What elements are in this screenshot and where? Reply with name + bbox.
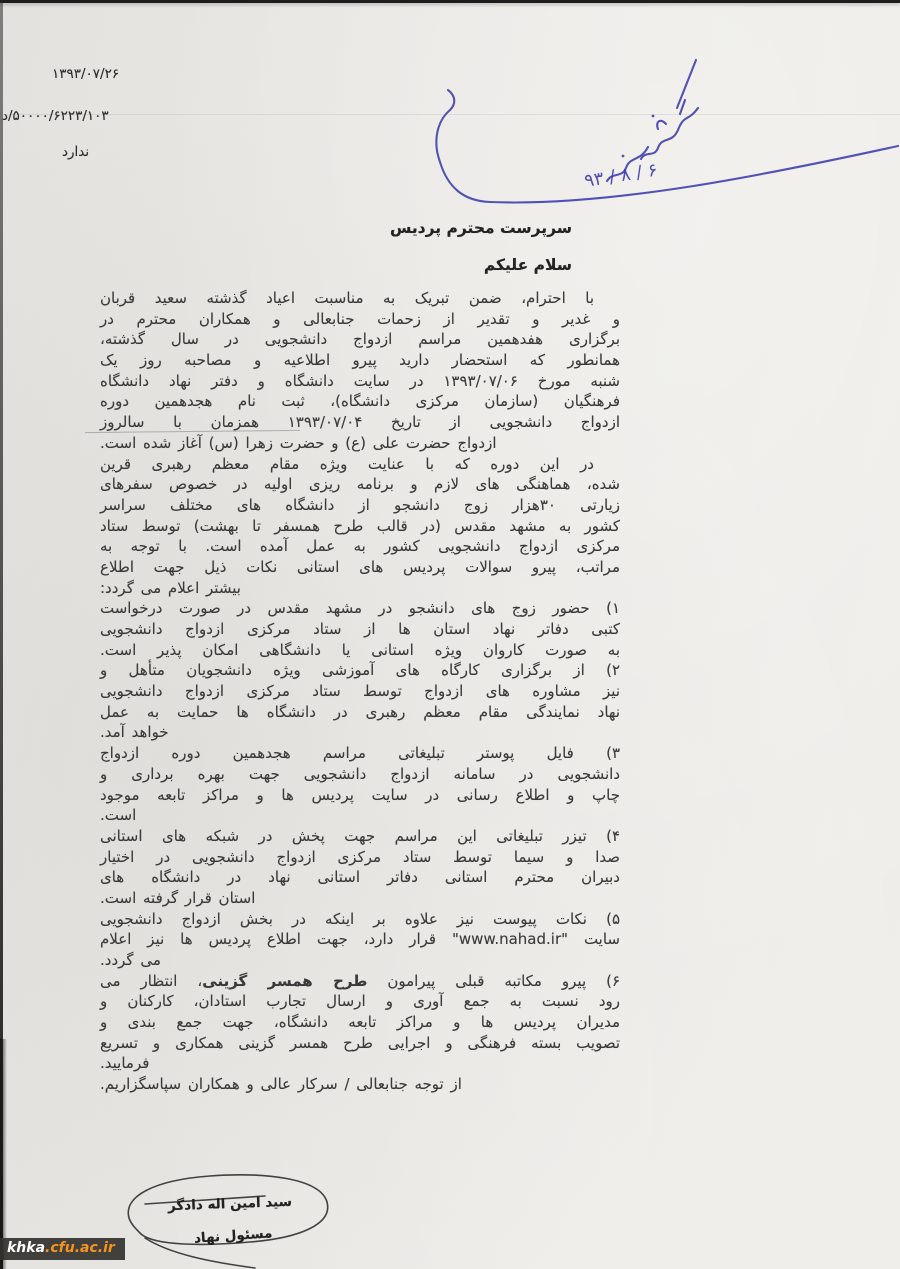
letter-line: ازدواج حضرت علی (ع) و حضرت زهرا (س) آغاز… (100, 433, 620, 454)
letter-attachment: ندارد (62, 144, 89, 160)
letter-line: می گردد. (100, 950, 620, 971)
letter-line: فرهنگیان (سازمان مرکزی دانشگاه)، ثبت نام… (100, 391, 620, 412)
letter-greeting: سلام علیکم (484, 256, 572, 274)
pen-swoosh (436, 90, 898, 203)
letter-line-item-6: ۶) پیرو مکاتبه قبلی پیرامون طرح همسر گزی… (100, 971, 620, 992)
pen-dot (622, 155, 625, 158)
letter-line: همانطور که استحضار دارید پیرو اطلاعیه و … (100, 350, 620, 371)
letter-line: ازدواج دانشجویی از تاریخ ۱۳۹۳/۰۷/۰۴ همزم… (100, 412, 620, 433)
letter-line: کتبی دفاتر نهاد استان ها از ستاد مرکزی ا… (100, 619, 620, 640)
letter-date: ۱۳۹۳/۰۷/۲۶ (52, 66, 119, 82)
pen-dot (652, 115, 655, 118)
pen-scribble (657, 121, 666, 129)
letter-ref-number: د/۵۰۰۰۰/۶۲۲۳/۱۰۳ (2, 108, 109, 124)
letter-line-item-5: ۵) نکات پیوست نیز علاوه بر اینکه در بخش … (100, 909, 620, 930)
letter-body: با احترام، ضمن تبریک به مناسبت اعیاد گذش… (100, 288, 620, 1095)
letter-line: تصویب بسته فرهنگی و اجرایی طرح همسر گزین… (100, 1033, 620, 1054)
letter-line: برگزاری هفدهمین مراسم ازدواج دانشجویی در… (100, 329, 620, 350)
letter-line: و غدیر و تقدیر از زحمات جنابعالی و همکار… (100, 309, 620, 330)
letter-line: دبیران محترم استانی دفاتر استانی نهاد در… (100, 867, 620, 888)
letter-line: نهاد نمایندگی مقام معظم رهبری در دانشگاه… (100, 702, 620, 723)
letter-line: صدا و سیما توسط ستاد مرکزی ازدواج دانشجو… (100, 847, 620, 868)
letter-line: شنبه مورخ ۱۳۹۳/۰۷/۰۶ در سایت دانشگاه و د… (100, 371, 620, 392)
line-segment-bold: طرح همسر گزینی (202, 972, 367, 990)
letter-line: مرکزی ازدواج دانشجویی کشور به عمل آمده ا… (100, 536, 620, 557)
letter-line: چاپ و اطلاع رسانی در سایت پردیس ها و مرا… (100, 785, 620, 806)
letter-line: بیشتر اعلام می گردد: (100, 578, 620, 599)
line-segment: ، انتظار می (100, 972, 202, 990)
letter-line-item-1: ۱) حضور زوج های دانشجو در مشهد مقدس در ص… (100, 598, 620, 619)
scan-edge-top (0, 0, 900, 3)
letter-line: در این دوره که با عنایت ویژه مقام معظم ر… (100, 454, 620, 475)
line-segment: ۶) پیرو مکاتبه قبلی پیرامون (367, 972, 620, 990)
letter-line: دانشجویی در سامانه ازدواج دانشجویی جهت ب… (100, 764, 620, 785)
letter-line: به صورت کاروان ویژه استانی یا دانشگاهی ا… (100, 640, 620, 661)
letter-line: فرمایید. (100, 1053, 620, 1074)
letter-closing-line: از توجه جنابعالی / سرکار عالی و همکاران … (100, 1074, 620, 1095)
letter-line: مراتب، پیرو سوالات پردیس های استانی نکات… (100, 557, 620, 578)
handwritten-annotation (400, 50, 900, 225)
signature-scribble (115, 1168, 365, 1269)
letter-line: مدیران پردیس ها و مراکز تابعه دانشگاه، ج… (100, 1012, 620, 1033)
watermark-prefix: khka (7, 1240, 45, 1256)
watermark-suffix: .cfu.ac.ir (45, 1240, 115, 1256)
letter-line: کشور به مشهد مقدس (در قالب طرح همسفر تا … (100, 516, 620, 537)
letter-line-item-4: ۴) تیزر تبلیغاتی این مراسم جهت پخش در شب… (100, 826, 620, 847)
letter-line: زیارتی ۳۰هزار زوج دانشجو از دانشگاه های … (100, 495, 620, 516)
pen-scribble (641, 108, 698, 159)
letter-line: استان قرار گرفته است. (100, 888, 620, 909)
letter-line-website: سایت "www.nahad.ir" قرار دارد، جهت اطلاع… (100, 929, 620, 950)
letter-line-item-3: ۳) فایل پوستر تبلیغاتی مراسم هجدهمین دور… (100, 743, 620, 764)
letter-line: شده، هماهنگی های لازم و برنامه ریزی اولی… (100, 474, 620, 495)
pen-stroke (677, 60, 696, 108)
letter-recipient: سرپرست محترم پردیس (390, 219, 572, 237)
letter-line: خواهد آمد. (100, 722, 620, 743)
site-watermark: khka.cfu.ac.ir (0, 1238, 125, 1260)
scanned-letter-page: ۱۳۹۳/۰۷/۲۶ د/۵۰۰۰۰/۶۲۲۳/۱۰۳ ندارد ۶ / ۸ … (0, 0, 900, 1269)
pen-stroke (680, 100, 685, 114)
letter-line-item-2: ۲) از برگزاری کارگاه های آموزشی ویژه دان… (100, 660, 620, 681)
letter-line: رود نسبت به جمع آوری و ارسال تجارب استاد… (100, 991, 620, 1012)
letter-line: نیز مشاوره های ازدواج توسط ستاد مرکزی از… (100, 681, 620, 702)
letter-line: است. (100, 805, 620, 826)
scan-edge-left-bottom (0, 1039, 7, 1269)
letter-line: با احترام، ضمن تبریک به مناسبت اعیاد گذش… (100, 288, 620, 309)
